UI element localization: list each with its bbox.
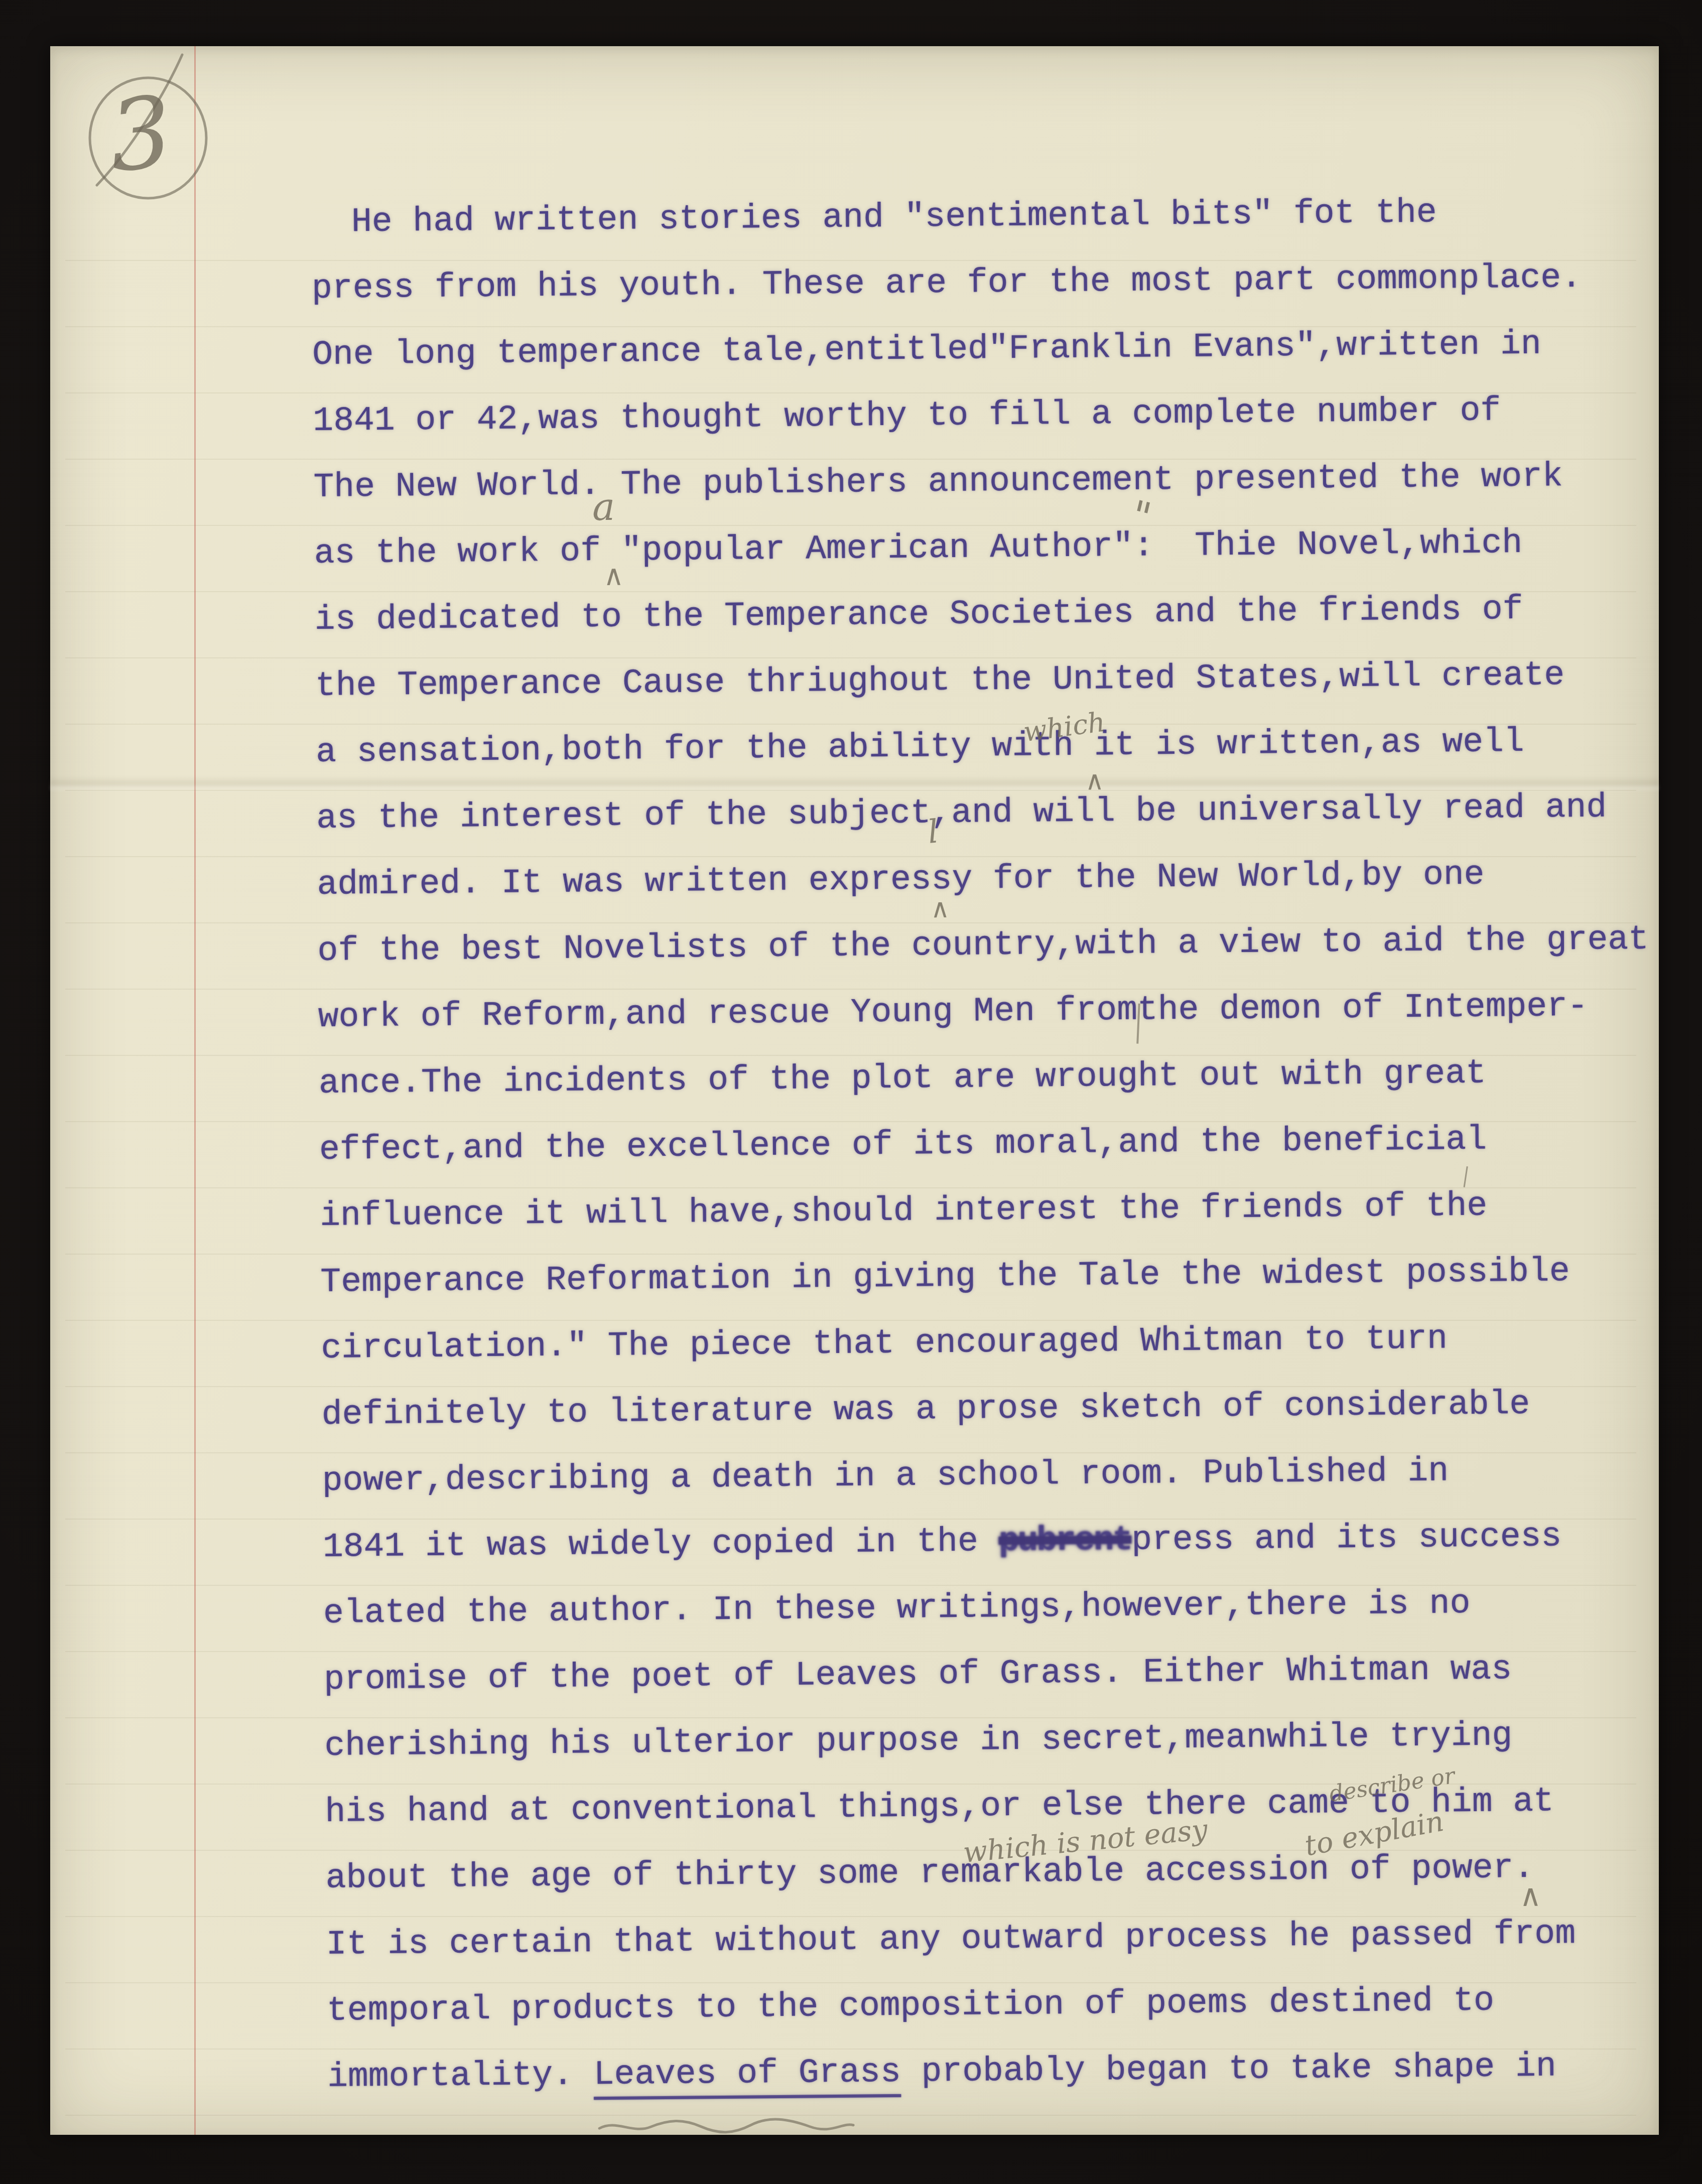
typed-line-13: work of Reform,and rescue Young Men from… bbox=[318, 990, 1589, 1035]
typed-text: 1841 it was widely copied in the bbox=[323, 1522, 999, 1567]
insertion-caret-line6: ∧ bbox=[603, 560, 624, 592]
typed-lines: He had written stories and "sentimental … bbox=[49, 35, 1657, 49]
typed-line-22: elated the author. In these writings,how… bbox=[323, 1587, 1471, 1631]
typed-line-27: It is certain that without any outward p… bbox=[326, 1917, 1576, 1962]
manuscript-page: 3 He had written stories and "sentimenta… bbox=[50, 46, 1659, 2135]
typed-text: probably began to take shape in bbox=[900, 2047, 1556, 2091]
typed-line-11: admired. It was written expressy for the… bbox=[317, 858, 1484, 902]
typed-line-29: immortality. Leaves of Grass probably be… bbox=[327, 2050, 1556, 2094]
typed-underline-text: Leaves of Grass bbox=[593, 2053, 901, 2094]
inserted-letter-a: a bbox=[592, 484, 615, 529]
typed-line-21: 1841 it was widely copied in the pubrent… bbox=[323, 1520, 1562, 1565]
typed-line-3: One long temperance tale,entitled"Frankl… bbox=[312, 328, 1541, 372]
insertion-caret-line26: ∧ bbox=[1519, 1878, 1542, 1914]
typed-line-16: influence it will have,should interest t… bbox=[320, 1189, 1487, 1234]
typed-line-14: ance.The incidents of the plot are wroug… bbox=[319, 1057, 1486, 1101]
typed-line-8: the Temperance Cause thriughout the Unit… bbox=[315, 658, 1565, 704]
typed-line-5: The New World. The publishers announceme… bbox=[313, 460, 1563, 505]
typed-line-10: as the interest of the subject,and will … bbox=[316, 791, 1607, 836]
insertion-caret-line11: ∧ bbox=[931, 894, 950, 924]
typed-text-block: He had written stories and "sentimental … bbox=[49, 35, 1675, 2137]
typed-line-26: about the age of thirty some remarkable … bbox=[326, 1851, 1534, 1896]
typed-line-17: Temperance Reformation in giving the Tal… bbox=[320, 1255, 1570, 1300]
wavy-underline bbox=[596, 2115, 857, 2138]
typed-line-7: is dedicated to the Temperance Societies… bbox=[315, 593, 1523, 637]
typed-line-15: effect,and the excellence of its moral,a… bbox=[319, 1123, 1487, 1167]
typed-line-2: press from his youth. These are for the … bbox=[312, 261, 1582, 306]
typed-text: press and its success bbox=[1131, 1517, 1562, 1559]
typed-line-6: as the work of "popular American Author"… bbox=[314, 526, 1522, 571]
typed-line-19: definitely to literature was a prose ske… bbox=[321, 1388, 1530, 1432]
photo-background: 3 He had written stories and "sentimenta… bbox=[0, 0, 1702, 2184]
typed-line-9: a sensation,both for the ability with it… bbox=[316, 725, 1524, 770]
wavy-underline-path bbox=[599, 2119, 853, 2133]
typed-line-4: 1841 or 42,was thought worthy to fill a … bbox=[313, 394, 1501, 439]
typed-line-12: of the best Novelists of the country,wit… bbox=[317, 923, 1649, 969]
typed-line-24: cherishing his ulterior purpose in secre… bbox=[324, 1719, 1512, 1763]
small-tick-mark bbox=[1464, 1166, 1468, 1187]
insertion-caret-line9: ∧ bbox=[1085, 766, 1105, 796]
typed-line-1: He had written stories and "sentimental … bbox=[351, 196, 1437, 239]
typed-text: immortality. bbox=[327, 2056, 594, 2097]
typed-line-23: promise of the poet of Leaves of Grass. … bbox=[324, 1653, 1512, 1697]
typed-line-28: temporal products to the composition of … bbox=[327, 1984, 1494, 2028]
typed-overstrike-text: pubrent bbox=[998, 1521, 1131, 1561]
typed-line-20: power,describing a death in a school roo… bbox=[322, 1454, 1449, 1498]
typed-line-18: circulation." The piece that encouraged … bbox=[321, 1322, 1448, 1366]
